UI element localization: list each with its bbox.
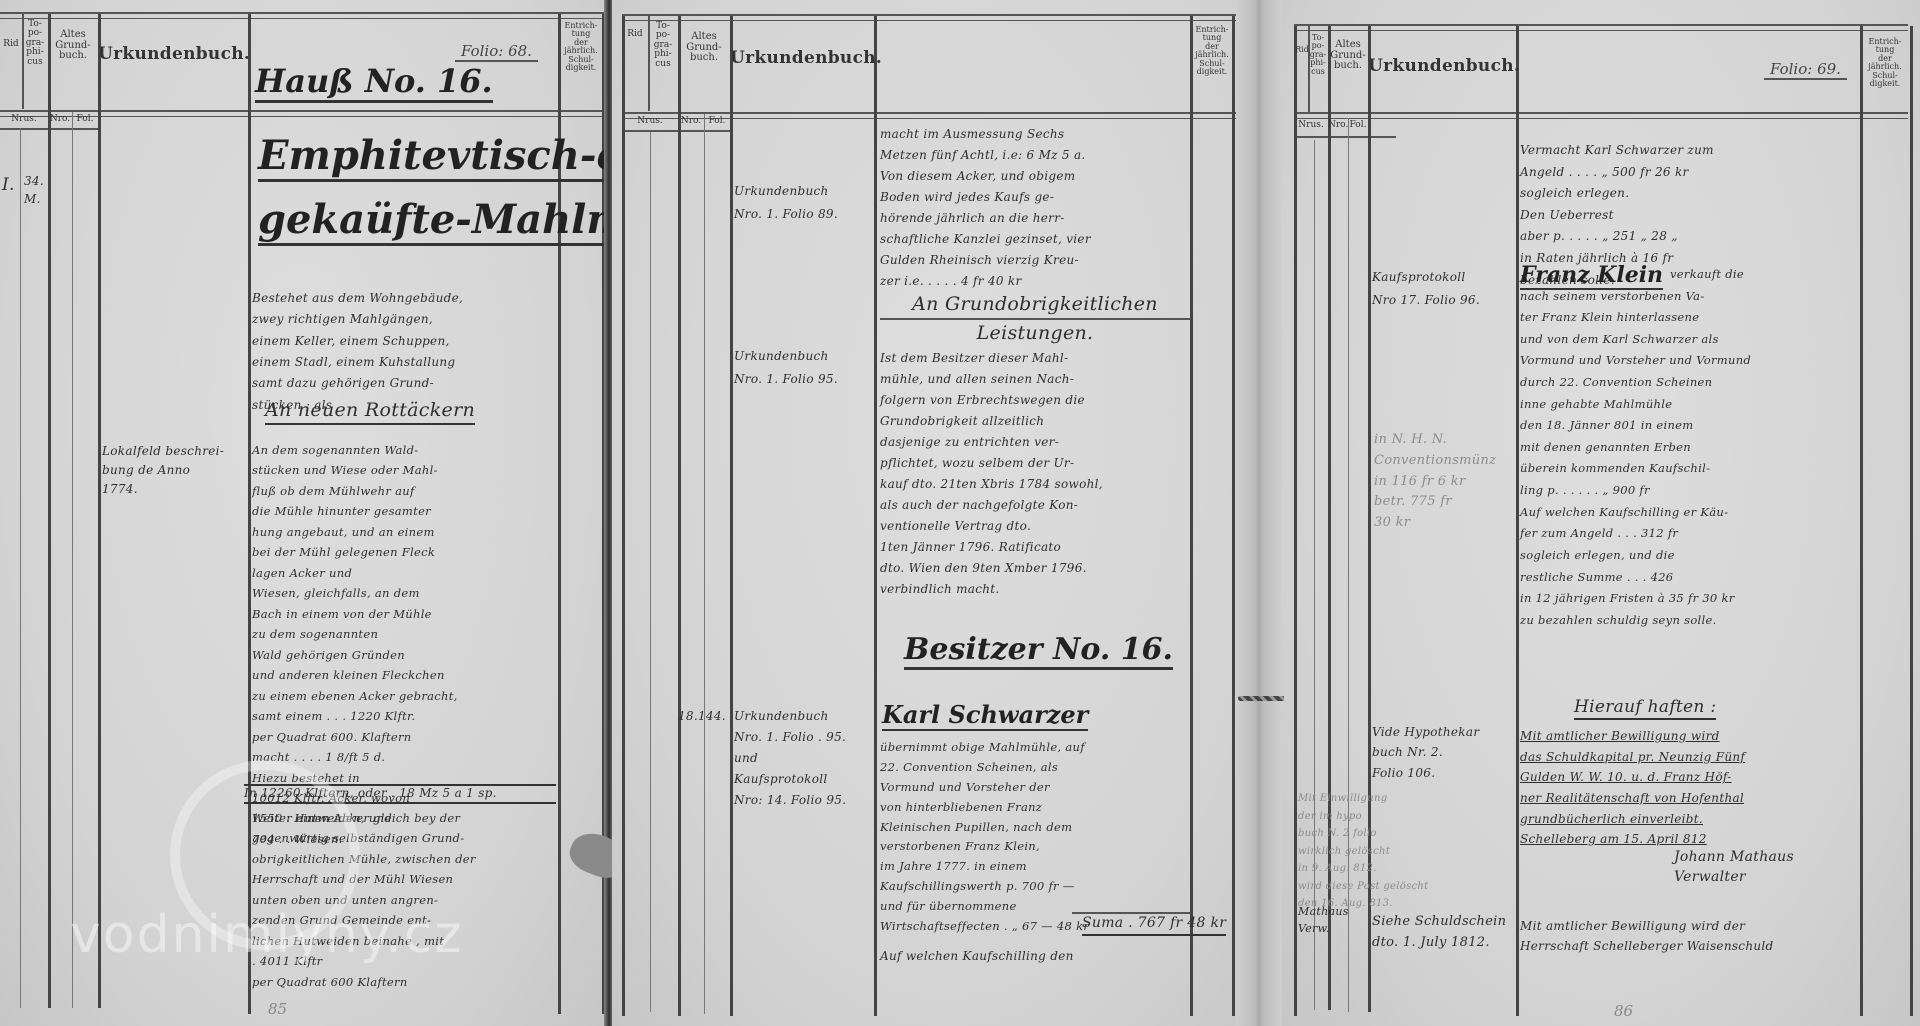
header-rid: Rid xyxy=(0,40,22,49)
subheader-nro: Nro. xyxy=(678,116,704,126)
col-divider xyxy=(72,112,73,1008)
sum-line: Suma . 767 fr 48 kr xyxy=(1082,914,1226,936)
binding-thread xyxy=(1238,696,1286,701)
col-divider xyxy=(1910,26,1913,1016)
rid-entry: 18.144. xyxy=(678,706,730,727)
header-topographicus: To- po- gra- phi- cus xyxy=(648,22,678,69)
measurement-paragraph: macht im Ausmessung Sechs Metzen fünf Ac… xyxy=(880,124,1190,292)
pencil-cancellation-note: Mit Einwilligung der im hypo buch N. 2 f… xyxy=(1298,790,1516,913)
right-page: Rid To- po- gra- phi- cus Altes Grund- b… xyxy=(1284,0,1920,1026)
book-gutter xyxy=(1236,0,1282,1026)
obligations-paragraph: Ist dem Besitzer dieser Mahl- mühle, und… xyxy=(880,348,1190,600)
header-entrichtung: Entrich- tung der jährlich. Schul- digke… xyxy=(1862,38,1908,88)
subheading-underline xyxy=(880,318,1190,320)
header-urkundenbuch: Urkundenbuch. xyxy=(1368,58,1516,76)
rid-signature: Mathaus Verw. xyxy=(1298,904,1368,937)
header-top-rule xyxy=(0,12,604,19)
header-entrichtung: Entrich- tung der jährlich. Schul- digke… xyxy=(560,22,602,72)
header-rid: Rid xyxy=(622,30,648,39)
header-topographicus: To- po- gra- phi- cus xyxy=(22,20,48,67)
subheading-hierauf-haften: Hierauf haften : xyxy=(1574,696,1716,720)
header-topographicus: To- po- gra- phi- cus xyxy=(1308,34,1328,76)
col-divider xyxy=(1860,26,1863,1016)
middle-page: Rid To- po- gra- phi- cus Altes Grund- b… xyxy=(612,0,1284,1026)
topographicus-entry: 34. M. xyxy=(24,172,44,208)
header-urkundenbuch: Urkundenbuch. xyxy=(730,50,874,68)
page-number: 85 xyxy=(268,1000,287,1018)
folio-number: Folio: 69. xyxy=(1764,60,1847,80)
col-divider xyxy=(20,128,21,1008)
col-divider xyxy=(1232,16,1235,1016)
col-divider xyxy=(1516,26,1519,1016)
subheader-nrus: Nrus. xyxy=(622,116,678,126)
col-divider xyxy=(48,14,51,1008)
header-top-rule xyxy=(1294,24,1908,31)
rid-entry: I. xyxy=(2,170,15,200)
col-divider xyxy=(622,16,625,1016)
subheader-fol: Fol. xyxy=(1348,120,1368,130)
header-altes-grundbuch: Altes Grund- buch. xyxy=(1328,40,1368,72)
subheader-rule xyxy=(1294,136,1396,138)
transfer-paragraph: übernimmt obige Mahlmühle, auf 22. Conve… xyxy=(880,738,1190,937)
sale-paragraph: verkauft die nach seinem verstorbenen Va… xyxy=(1520,264,1860,631)
header-urkundenbuch: Urkundenbuch. xyxy=(98,46,248,64)
approval-paragraph: Mit amtlicher Bewilligung wird der Herrs… xyxy=(1520,916,1860,957)
mortgage-paragraph: Mit amtlicher Bewilligung wird das Schul… xyxy=(1520,726,1860,850)
urkunden-entry-3: Urkundenbuch Nro. 1. Folio . 95. und Kau… xyxy=(734,706,874,811)
description-paragraph: Bestehet aus dem Wohngebäude, zwey richt… xyxy=(252,288,557,416)
page-number: 86 xyxy=(1614,1002,1633,1020)
folio-number: Folio: 68. xyxy=(455,42,538,62)
subheader-nrus: Nrus. xyxy=(0,114,48,124)
urkunden-entry-1: Kaufsprotokoll Nro 17. Folio 96. xyxy=(1372,266,1516,312)
owner-heading: Besitzer No. 16. xyxy=(904,632,1173,670)
payment-paragraph: Auf welchen Kaufschilling den xyxy=(880,946,1190,967)
watermark-text: vodnimlyny.cz xyxy=(70,905,464,965)
col-divider xyxy=(1294,26,1297,1016)
subheader-fol: Fol. xyxy=(72,114,98,124)
header-entrichtung: Entrich- tung der jährlich. Schul- digke… xyxy=(1192,26,1232,76)
urkunden-entry-1: Urkundenbuch Nro. 1. Folio 89. xyxy=(734,180,874,226)
header-bottom-rule xyxy=(1294,112,1908,119)
col-divider xyxy=(650,132,651,1012)
left-page: Rid To- po- gra- phi- cus Altes Grund- b… xyxy=(0,0,606,1026)
col-divider xyxy=(704,114,705,1014)
col-divider xyxy=(874,16,877,1016)
subheader-nrus: Nrus. xyxy=(1294,120,1328,130)
col-divider xyxy=(1190,16,1193,1016)
subheader-nro: Nro. xyxy=(1328,120,1348,130)
header-altes-grundbuch: Altes Grund- buch. xyxy=(678,32,730,64)
subheader-rule xyxy=(622,130,730,132)
owner-name: Karl Schwarzer xyxy=(882,700,1088,731)
urkunden-entry-3: Siehe Schuldschein dto. 1. July 1812. xyxy=(1372,912,1516,954)
col-divider xyxy=(678,16,681,1016)
urkunden-entry-2: Urkundenbuch Nro. 1. Folio 95. xyxy=(734,345,874,391)
signature: Johann Mathaus Verwalter xyxy=(1674,848,1794,887)
urkunden-entry: Lokalfeld beschrei- bung de Anno 1774. xyxy=(102,442,247,500)
header-top-rule xyxy=(622,14,1242,21)
subheader-fol: Fol. xyxy=(704,116,730,126)
col-divider xyxy=(730,16,733,1016)
subheading-rottaecker: An neuen Rottäckern xyxy=(265,398,475,425)
urkunden-entry-2: Vide Hypothekar buch Nr. 2. Folio 106. xyxy=(1372,722,1516,783)
house-number-heading: Hauß No. 16. xyxy=(255,62,493,103)
header-altes-grundbuch: Altes Grund- buch. xyxy=(48,30,98,62)
subheader-nro: Nro. xyxy=(48,114,72,124)
pencil-note: in N. H. N. Conventionsmünz in 116 fr 6 … xyxy=(1374,430,1514,534)
col-divider xyxy=(98,14,101,1008)
